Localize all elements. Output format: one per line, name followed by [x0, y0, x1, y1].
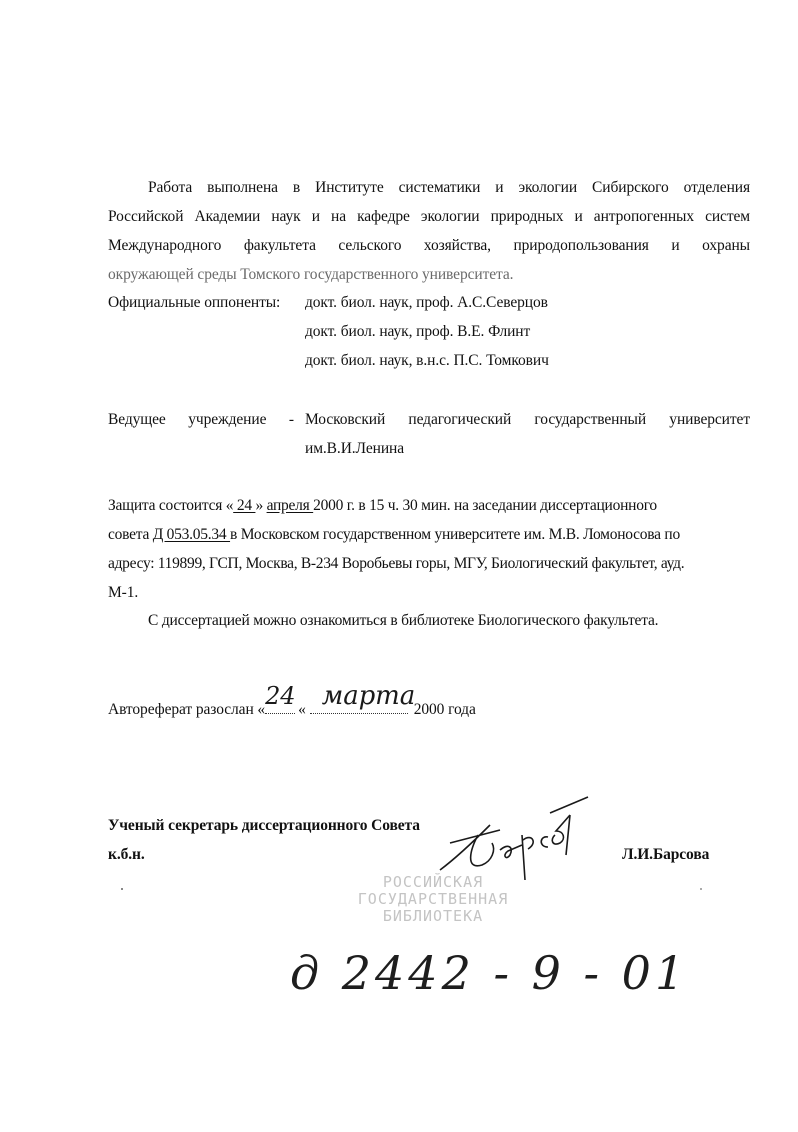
mailing-month-blank: марта: [310, 699, 408, 714]
defense-month: апреля: [267, 497, 314, 514]
scan-speck: [121, 888, 123, 890]
defense-line-3: адресу: 119899, ГСП, Москва, В-234 Вороб…: [108, 555, 684, 573]
defense-council-rest: в Московском государственном университет…: [230, 526, 680, 543]
defense-rest: 2000 г. в 15 ч. 30 мин. на заседании дис…: [313, 497, 657, 514]
secretary-degree: к.б.н.: [108, 846, 145, 864]
intro-line-2: Российской Академии наук и на кафедре эк…: [108, 208, 750, 226]
opponent-item: докт. биол. наук, проф. В.Е. Флинт: [305, 323, 530, 341]
secretary-name: Л.И.Барсова: [622, 846, 709, 864]
mailing-month-handwritten: марта: [322, 687, 415, 705]
leading-org-name: Московский педагогический государственны…: [305, 411, 750, 429]
mailing-day-handwritten: 24: [265, 687, 295, 705]
defense-line-4: М-1.: [108, 584, 138, 602]
defense-prefix: Защита состоится «: [108, 497, 233, 514]
defense-line-1: Защита состоится « 24 » апреля 2000 г. в…: [108, 497, 750, 515]
stamp-line: БИБЛИОТЕКА: [318, 908, 548, 925]
defense-mid: »: [255, 497, 266, 514]
opponent-item: докт. биол. наук, проф. А.С.Северцов: [305, 294, 548, 312]
library-stamp: РОССИЙСКАЯ ГОСУДАРСТВЕННАЯ БИБЛИОТЕКА: [318, 874, 548, 925]
signature: Барсов: [430, 795, 600, 885]
secretary-title: Ученый секретарь диссертационного Совета: [108, 817, 420, 835]
document-page: Работа выполнена в Институте систематики…: [0, 0, 798, 1132]
signature-stroke-icon: [430, 795, 600, 885]
intro-line-3: Международного факультета сельского хозя…: [108, 237, 750, 255]
opponent-item: докт. биол. наук, в.н.с. П.С. Томкович: [305, 352, 549, 370]
opponents-label: Официальные оппоненты:: [108, 294, 280, 312]
defense-day: 24: [233, 497, 255, 514]
stamp-line: ГОСУДАРСТВЕННАЯ: [318, 891, 548, 908]
handwritten-catalog-number: д 2442 - 9 - 01: [290, 946, 688, 1000]
defense-council-prefix: совета: [108, 526, 153, 543]
intro-line-4: окружающей среды Томского государственно…: [108, 266, 513, 284]
mailing-mid: «: [298, 701, 306, 718]
intro-line-1: Работа выполнена в Институте систематики…: [148, 179, 750, 197]
library-note: С диссертацией можно ознакомиться в библ…: [148, 612, 658, 630]
mailing-line: Автореферат разослан «24«марта2000 года: [108, 699, 476, 719]
mailing-day-blank: 24: [265, 699, 295, 714]
scan-speck: [700, 888, 702, 890]
defense-line-2: совета Д 053.05.34 в Московском государс…: [108, 526, 680, 544]
leading-org-label: Ведущее учреждение -: [108, 411, 294, 429]
mailing-prefix: Автореферат разослан «: [108, 701, 265, 718]
stamp-line: РОССИЙСКАЯ: [318, 874, 548, 891]
mailing-suffix: 2000 года: [414, 701, 476, 718]
defense-council-code: Д 053.05.34: [153, 526, 230, 543]
leading-org-name-cont: им.В.И.Ленина: [305, 440, 404, 458]
